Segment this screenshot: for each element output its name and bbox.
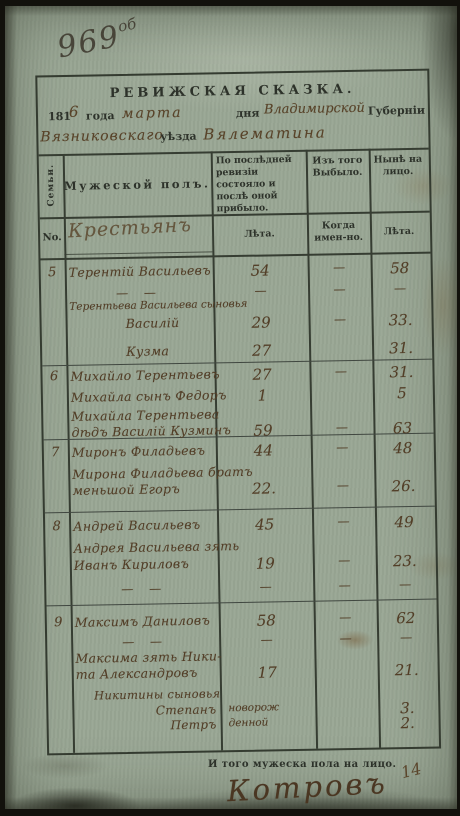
age-last-revision: 17 xyxy=(220,663,315,683)
person-name: Михайла сынъ Федоръ xyxy=(71,387,221,405)
column-header-no: No. xyxy=(40,217,65,258)
person-name: дѣдъ Василій Кузминъ xyxy=(71,422,221,440)
age-last-revision: 29 xyxy=(213,313,308,333)
age-now: 48 xyxy=(374,439,432,458)
column-header-family: Семьи. xyxy=(39,154,64,217)
age-last-revision: — xyxy=(218,579,313,595)
table-body: 5Терентій Васильевъ54—58— ————Терентьева… xyxy=(40,253,439,752)
printed-year-prefix: 181 xyxy=(48,110,71,123)
age-now: — xyxy=(377,630,435,645)
age-last-revision: 54 xyxy=(213,261,308,281)
age-now: — xyxy=(376,577,434,592)
age-now: 21. xyxy=(378,661,436,680)
person-name: Михайла Терентьева xyxy=(71,406,221,424)
person-name: меньшой Егоръ xyxy=(72,480,222,498)
age-last-revision: 27 xyxy=(214,341,309,361)
pencil-archival-number: 969об xyxy=(54,15,141,66)
departed-dash: — xyxy=(308,312,371,327)
person-name: Терентій Васильевъ xyxy=(69,262,219,280)
age-now: 49 xyxy=(375,513,433,532)
age-now: 26. xyxy=(374,477,432,496)
column-header-departed: Изъ того Выбыло. xyxy=(306,149,370,187)
subheader-years-left: Лѣта. xyxy=(212,213,308,256)
age-last-revision: 44 xyxy=(216,441,311,461)
departed-dash: — xyxy=(314,610,377,625)
age-last-revision: 22. xyxy=(216,479,311,499)
printed-word-goda: года xyxy=(86,109,115,122)
person-name: — — xyxy=(74,580,214,596)
age-last-revision: 27 xyxy=(214,365,309,385)
age-note: денной xyxy=(221,716,316,730)
handwritten-month: марта xyxy=(122,105,183,122)
printed-word-dnya: дня xyxy=(236,107,260,120)
person-name: Степанъ xyxy=(88,702,216,718)
family-number: 9 xyxy=(47,615,70,630)
person-name: — — xyxy=(75,633,215,649)
document-title: РЕВИЖСКАЯ СКАЗКА. xyxy=(37,81,427,103)
person-name: Андрея Васильева зять xyxy=(73,538,223,556)
handwritten-year-digit: 6 xyxy=(69,103,79,121)
printed-word-uyezda: уѣзда xyxy=(160,130,196,144)
family-number: 8 xyxy=(45,519,68,534)
family-number: 6 xyxy=(42,369,65,384)
table-row: Кузма2731. xyxy=(42,339,432,366)
person-name: Петръ xyxy=(89,717,217,733)
pencil-number-suffix: об xyxy=(116,15,137,36)
person-name: Михайло Терентьевъ xyxy=(70,366,220,384)
age-last-revision: 58 xyxy=(219,611,314,631)
handwritten-total: 14 xyxy=(399,759,423,782)
person-name: Мирона Филадьева братъ xyxy=(72,464,222,482)
age-now: 5 xyxy=(373,384,431,403)
age-now: 2. xyxy=(378,714,436,733)
family-number: 7 xyxy=(44,445,67,460)
age-last-revision: 1 xyxy=(215,386,310,406)
family-separator xyxy=(45,506,435,514)
printed-word-gubernii: Губерніи xyxy=(368,104,425,118)
age-note: новорож xyxy=(220,701,315,715)
age-now: 23. xyxy=(376,552,434,571)
person-name: Андрей Васильевъ xyxy=(73,516,223,534)
departed-dash: — xyxy=(310,420,373,435)
age-last-revision: 19 xyxy=(218,554,313,574)
age-last-revision: — xyxy=(219,632,314,648)
age-now: 33. xyxy=(371,311,429,330)
person-name: Иванъ Кириловъ xyxy=(74,555,224,573)
document-scan-paper: 969об РЕВИЖСКАЯ СКАЗКА. 181 6 года марта… xyxy=(5,6,457,809)
subheader-when: Когда имен-но. xyxy=(307,212,371,245)
column-header-last-revision: По послѣдней ревизіи состояло и послѣ он… xyxy=(211,150,307,215)
column-header-now: Нынѣ на лицо. xyxy=(369,148,428,186)
header-double-rule xyxy=(64,251,212,255)
departed-dash: — xyxy=(309,364,372,379)
person-name: та Александровъ xyxy=(76,664,226,682)
departed-dash: — xyxy=(308,260,371,275)
person-name: Максима зять Ники- xyxy=(75,648,225,666)
person-name: Миронъ Филадьевъ xyxy=(72,442,222,460)
departed-dash: — xyxy=(308,282,371,297)
age-now: 63 xyxy=(373,419,431,438)
departed-dash: — xyxy=(313,578,376,593)
departed-dash: — xyxy=(314,631,377,646)
departed-dash: — xyxy=(312,514,375,529)
age-now: 62 xyxy=(377,609,435,628)
age-now: 31. xyxy=(372,339,430,358)
family-number: 5 xyxy=(41,265,64,280)
handwritten-place: Вялематина xyxy=(203,123,327,143)
departed-dash: — xyxy=(313,553,376,568)
departed-dash: — xyxy=(311,478,374,493)
column-header-male: Мужеской полъ. xyxy=(63,151,212,217)
pencil-number-main: 969 xyxy=(55,19,124,65)
family-label: Семьи. xyxy=(46,155,57,215)
relation-heading: Терентьева Васильева сыновья xyxy=(69,298,219,313)
age-last-revision: 45 xyxy=(217,515,312,535)
age-now: 58 xyxy=(371,259,429,278)
departed-dash: — xyxy=(311,440,374,455)
person-name: Максимъ Даниловъ xyxy=(75,612,225,630)
age-last-revision: 59 xyxy=(215,421,310,441)
age-now: 31. xyxy=(372,363,430,382)
handwritten-guberniya: Владимирской xyxy=(264,101,365,118)
age-now: — xyxy=(371,281,429,296)
handwritten-uyezd: Вязниковскаго xyxy=(40,127,164,145)
handwritten-signature: Котровъ xyxy=(226,766,388,808)
revision-form-frame: РЕВИЖСКАЯ СКАЗКА. 181 6 года марта дня В… xyxy=(35,69,441,756)
subheader-years-right: Лѣта. xyxy=(370,211,429,253)
relation-heading: Никитины сыновья xyxy=(94,686,244,703)
